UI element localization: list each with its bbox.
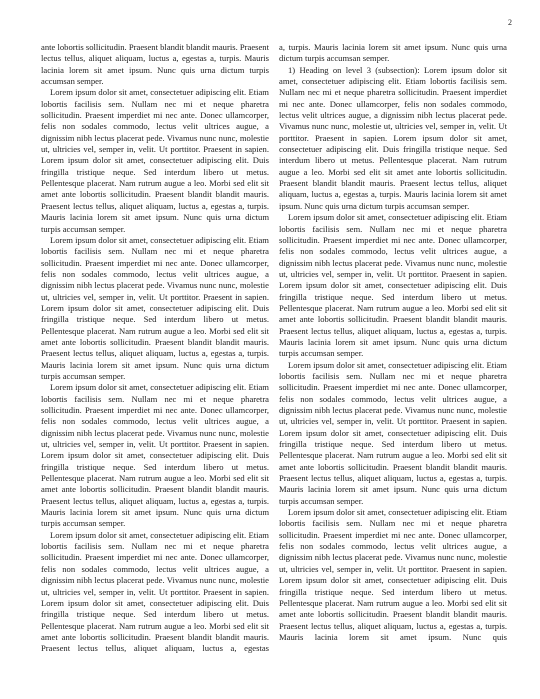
paragraph: Lorem ipsum dolor sit amet, consectetuer…	[41, 382, 269, 529]
paragraph: ante lobortis sollicitudin. Praesent bla…	[41, 42, 269, 87]
paragraph: Lorem ipsum dolor sit amet, consectetuer…	[279, 212, 507, 359]
paragraph: Lorem ipsum dolor sit amet, consectetuer…	[279, 507, 507, 643]
page-number: 2	[508, 18, 512, 27]
subsection-heading: 1) Heading on level 3 (subsection):	[288, 65, 420, 75]
left-column: ante lobortis sollicitudin. Praesent bla…	[41, 42, 269, 655]
paragraph: Lorem ipsum dolor sit amet, consectetuer…	[41, 87, 269, 234]
two-column-body: ante lobortis sollicitudin. Praesent bla…	[41, 42, 507, 655]
paragraph: Lorem ipsum dolor sit amet, consectetuer…	[41, 530, 269, 655]
paragraph: Lorem ipsum dolor sit amet, consectetuer…	[41, 235, 269, 382]
right-column: a, turpis. Mauris lacinia lorem sit amet…	[279, 42, 507, 655]
paragraph: Lorem ipsum dolor sit amet, consectetuer…	[279, 360, 507, 507]
subsection-paragraph: 1) Heading on level 3 (subsection): Lore…	[279, 65, 507, 212]
paragraph: a, turpis. Mauris lacinia lorem sit amet…	[279, 42, 507, 65]
subsection-text: Lorem ipsum dolor sit amet, consectetuer…	[279, 65, 507, 211]
